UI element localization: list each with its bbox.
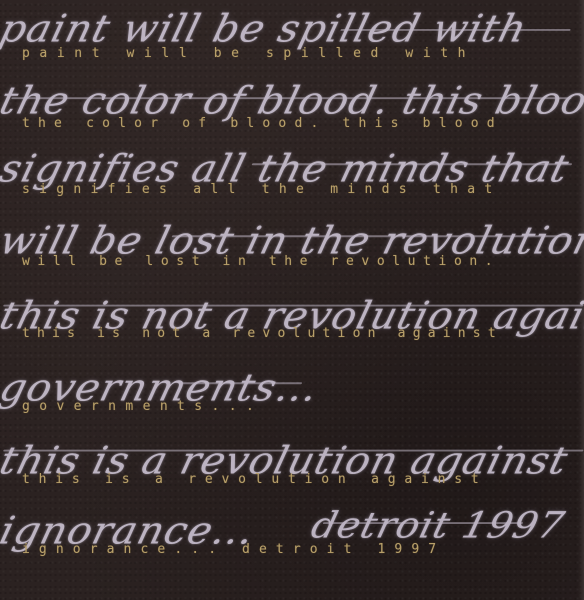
typed-line-5: this is not a revolution against xyxy=(22,327,503,340)
pen-stroke xyxy=(252,163,572,165)
signature-text: detroit 1997 xyxy=(307,504,569,546)
handwritten-signature: detroit 1997 xyxy=(308,507,568,543)
typed-line-4: will be lost in the revolution. xyxy=(22,255,500,268)
pen-stroke xyxy=(323,522,523,524)
pen-stroke xyxy=(11,97,571,99)
typed-line-3: signifies all the minds that xyxy=(22,183,502,196)
handwritten-line-1: paint will be spilled with xyxy=(0,10,531,48)
typed-line-2: the color of blood. this blood xyxy=(22,117,503,130)
pen-stroke xyxy=(3,450,583,452)
pen-stroke xyxy=(182,382,302,384)
typed-line-7: this is a revolution against xyxy=(22,473,488,486)
pen-stroke xyxy=(340,29,570,31)
handwritten-line-2: the color of blood. this blood xyxy=(0,82,584,120)
album-artwork: paint will be spilled with paint will be… xyxy=(0,0,584,600)
typed-line-8: ignorance... detroit 1997 xyxy=(22,543,445,556)
typed-line-1: paint will be spilled with xyxy=(22,47,475,60)
typed-line-6: governments... xyxy=(22,400,263,413)
pen-stroke xyxy=(172,235,572,237)
pen-stroke xyxy=(3,305,583,307)
